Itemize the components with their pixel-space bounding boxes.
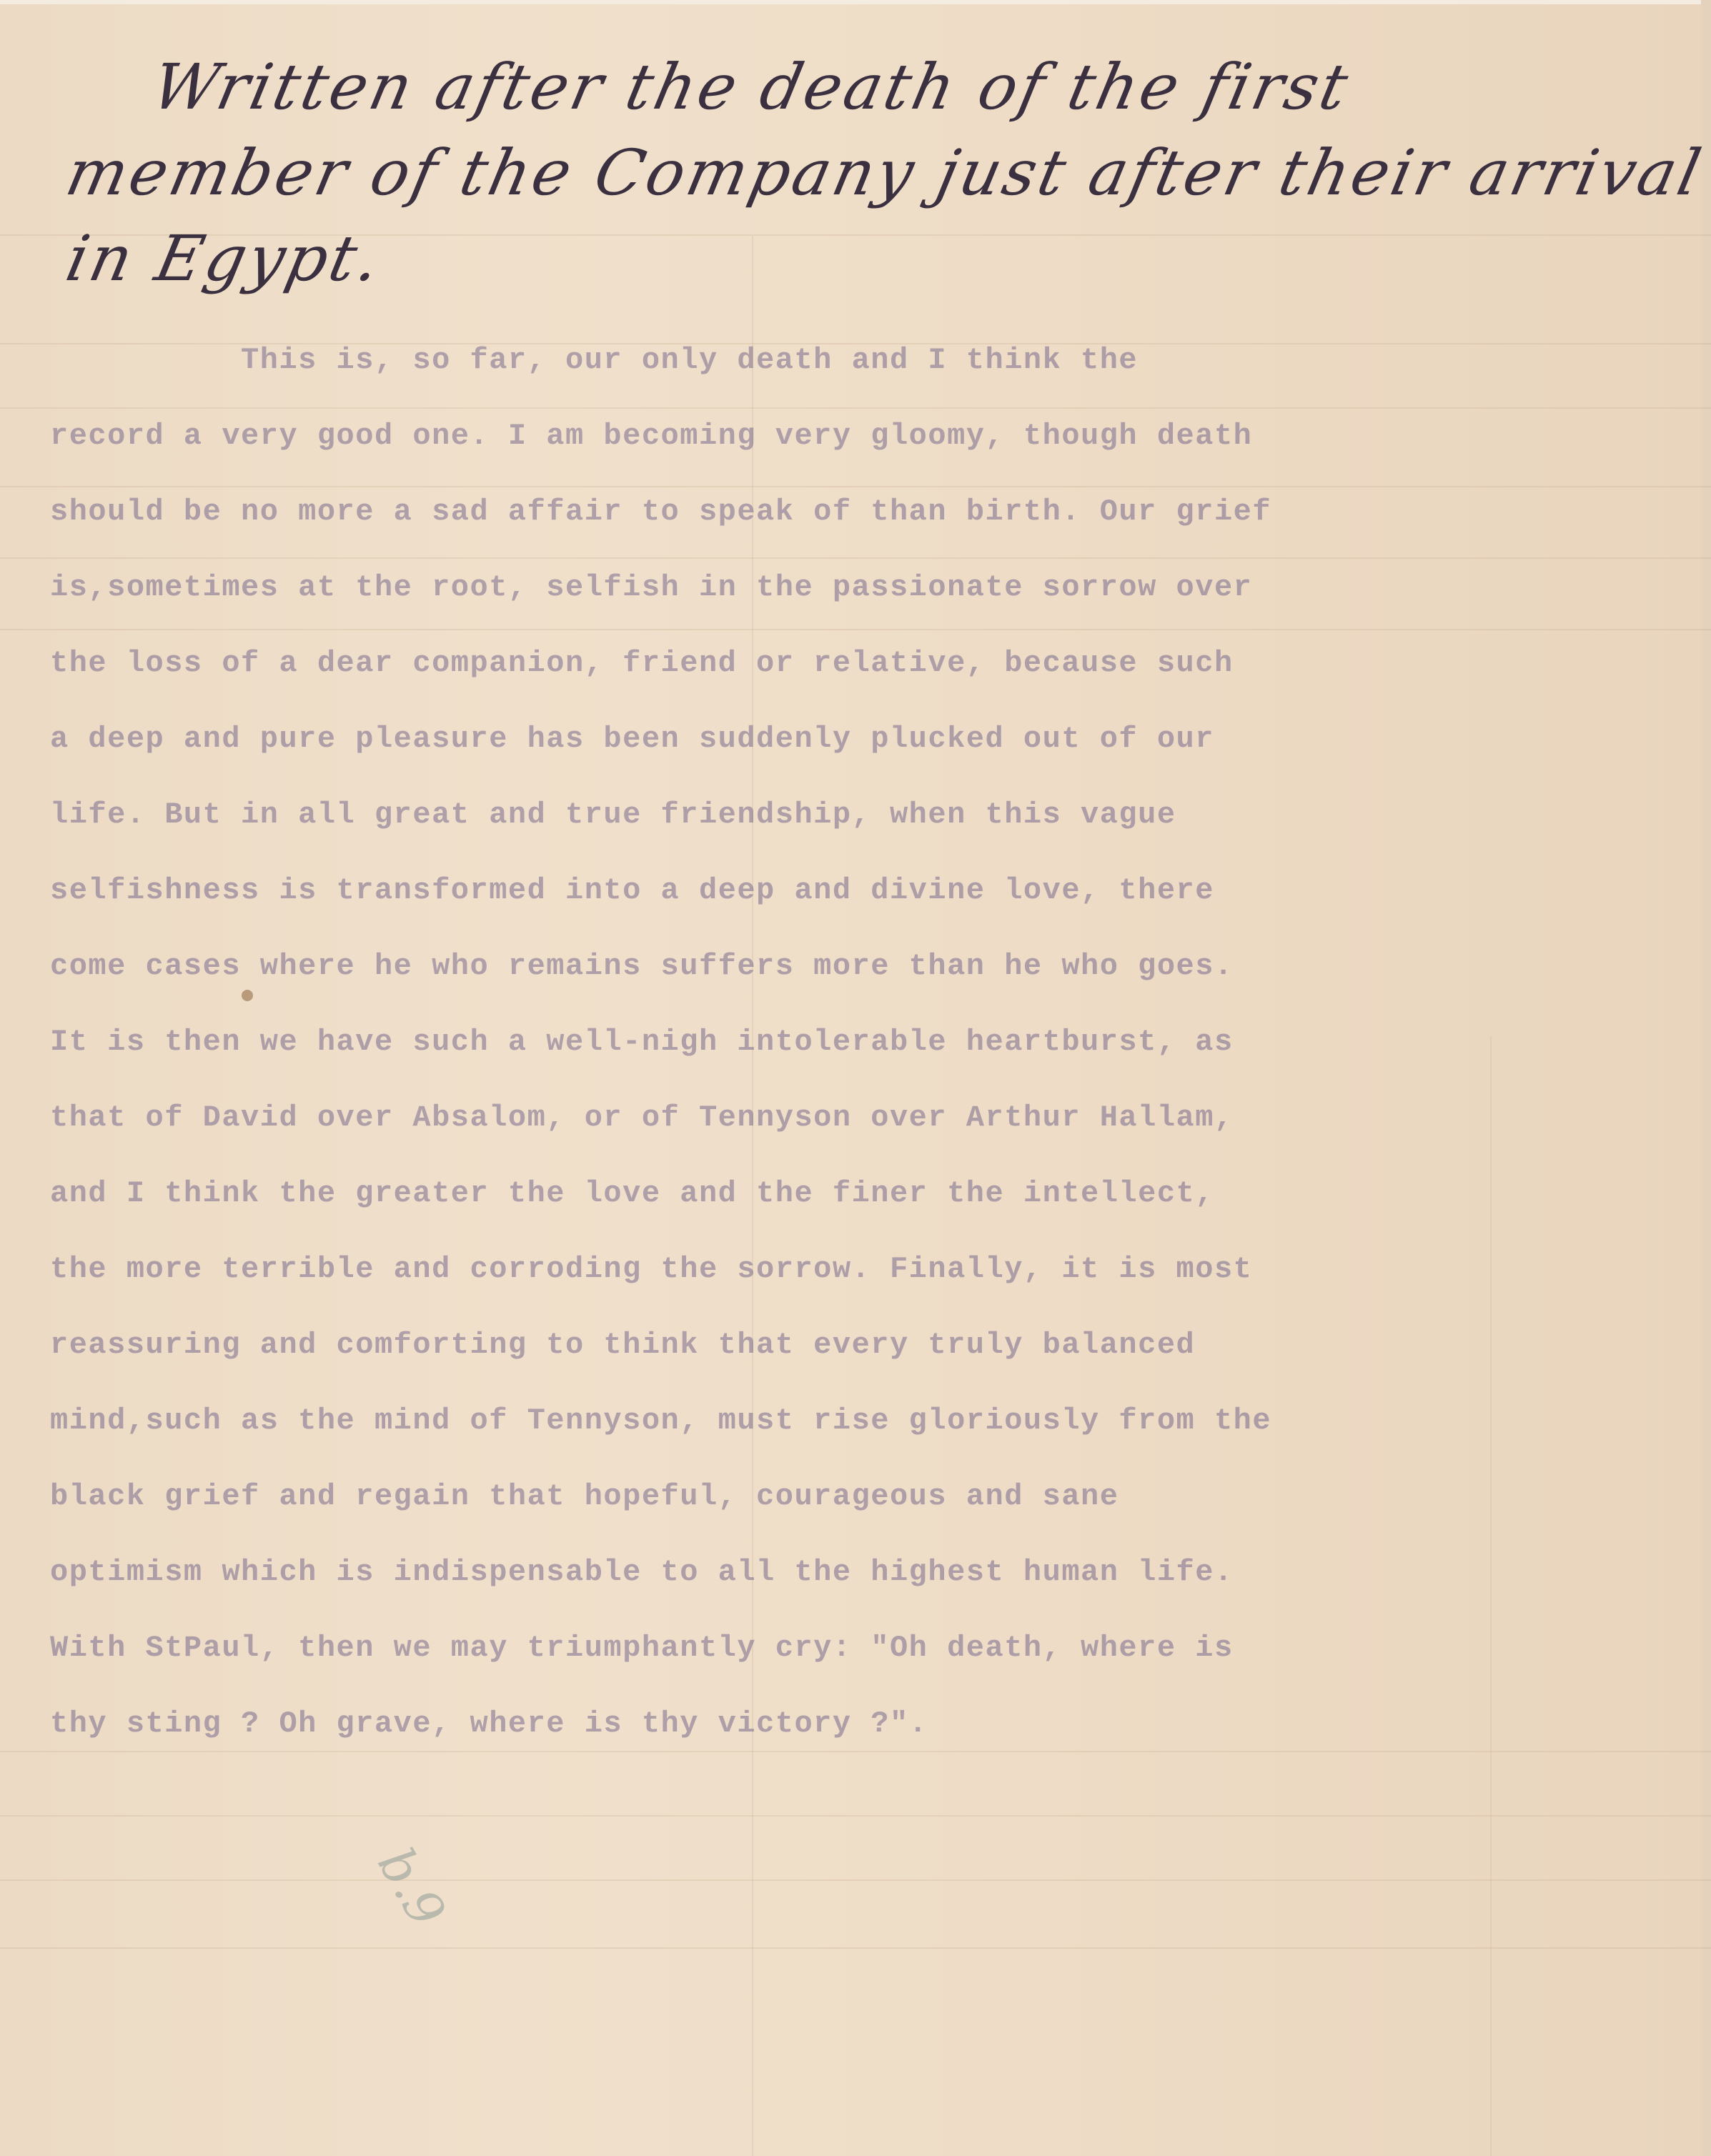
typed-line: that of David over Absalom, or of Tennys… xyxy=(50,1101,1234,1135)
typed-line: is,sometimes at the root, selfish in the… xyxy=(50,570,1252,605)
ruled-line xyxy=(0,1815,1711,1817)
typed-line: a deep and pure pleasure has been sudden… xyxy=(50,722,1214,756)
ink-spot xyxy=(242,990,253,1001)
typed-line: This is, so far, our only death and I th… xyxy=(50,343,1138,377)
ruled-line xyxy=(0,1751,1711,1752)
typed-line: come cases where he who remains suffers … xyxy=(50,949,1234,983)
typed-line: It is then we have such a well-nigh into… xyxy=(50,1025,1234,1059)
typed-line: life. But in all great and true friendsh… xyxy=(50,798,1176,832)
typed-line: and I think the greater the love and the… xyxy=(50,1176,1214,1211)
typed-line: With StPaul, then we may triumphantly cr… xyxy=(50,1631,1234,1665)
handwritten-line: in Egypt. xyxy=(60,222,390,295)
ruled-line xyxy=(0,1947,1711,1949)
typed-line: mind,such as the mind of Tennyson, must … xyxy=(50,1404,1271,1438)
typed-line: record a very good one. I am becoming ve… xyxy=(50,419,1252,453)
fold-line xyxy=(1490,1036,1492,2156)
typed-line: optimism which is indispensable to all t… xyxy=(50,1555,1234,1589)
ruled-line xyxy=(0,629,1711,630)
typed-line: thy sting ? Oh grave, where is thy victo… xyxy=(50,1707,928,1741)
typed-line: the more terrible and corroding the sorr… xyxy=(50,1252,1252,1286)
ruled-line xyxy=(0,407,1711,409)
ruled-line xyxy=(0,486,1711,487)
typed-line: selfishness is transformed into a deep a… xyxy=(50,873,1214,908)
typed-line: black grief and regain that hopeful, cou… xyxy=(50,1479,1119,1514)
ruled-line xyxy=(0,557,1711,559)
top-edge xyxy=(0,0,1711,4)
paper-sheet xyxy=(0,0,1701,2156)
typed-line: reassuring and comforting to think that … xyxy=(50,1328,1195,1362)
typed-line: should be no more a sad affair to speak … xyxy=(50,495,1271,529)
ruled-line xyxy=(0,1879,1711,1881)
typed-line: the loss of a dear companion, friend or … xyxy=(50,646,1234,680)
handwritten-line: member of the Company just after their a… xyxy=(60,136,1710,209)
handwritten-line: Written after the death of the first xyxy=(146,50,1357,124)
right-edge xyxy=(1701,0,1711,2156)
